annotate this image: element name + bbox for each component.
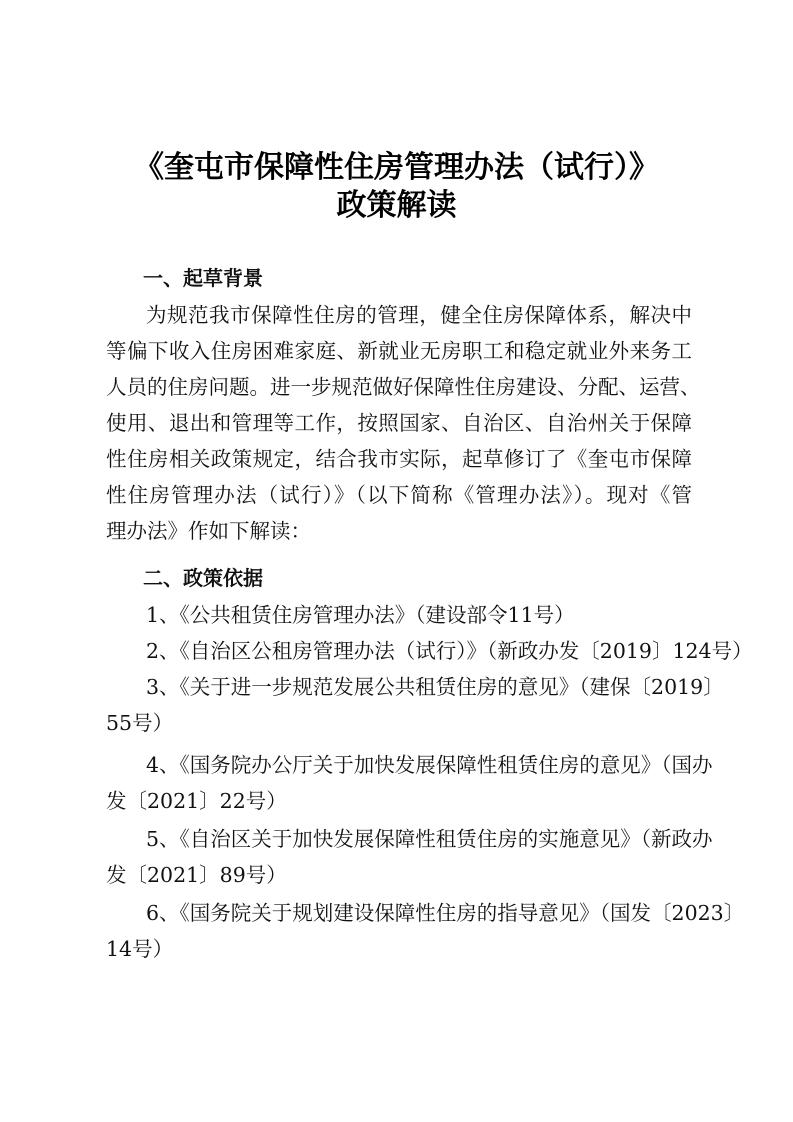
paragraph-line: 使用、退出和管理等工作，按照国家、自治区、自治州关于保障 bbox=[106, 406, 692, 436]
paragraph-line: 人员的住房问题。进一步规范做好保障性住房建设、分配、运营、 bbox=[106, 370, 692, 400]
section-heading-background: 一、起草背景 bbox=[143, 262, 263, 291]
policy-basis-item-6: 6、《国务院关于规划建设保障性住房的指导意见》（国发〔2023〕 bbox=[146, 896, 692, 926]
policy-basis-item-5: 5、《自治区关于加快发展保障性租赁住房的实施意见》（新政办 bbox=[146, 822, 692, 852]
policy-basis-item-3: 3、《关于进一步规范发展公共租赁住房的意见》（建保〔2019〕 bbox=[146, 670, 692, 700]
policy-basis-item-6-cont: 14号） bbox=[106, 932, 692, 962]
paragraph-line: 性住房相关政策规定，结合我市实际，起草修订了《奎屯市保障 bbox=[106, 442, 692, 472]
paragraph-line: 性住房管理办法（试行）》（以下简称《管理办法》）。现对《管 bbox=[106, 478, 692, 508]
policy-basis-item-4-cont: 发〔2021〕22号） bbox=[106, 784, 692, 814]
policy-basis-item-3-cont: 55号） bbox=[106, 706, 692, 736]
paragraph-line: 理办法》作如下解读： bbox=[106, 514, 692, 544]
paragraph-line: 等偏下收入住房困难家庭、新就业无房职工和稳定就业外来务工 bbox=[106, 334, 692, 364]
policy-basis-item-1: 1、《公共租赁住房管理办法》（建设部令11号） bbox=[146, 598, 692, 628]
document-page: 《奎屯市保障性住房管理办法（试行）》 政策解读 一、起草背景 为规范我市保障性住… bbox=[0, 0, 793, 1122]
paragraph-line: 为规范我市保障性住房的管理，健全住房保障体系，解决中 bbox=[146, 298, 692, 328]
document-title-line2: 政策解读 bbox=[0, 180, 793, 224]
section-heading-policy-basis: 二、政策依据 bbox=[143, 562, 263, 591]
policy-basis-item-2: 2、《自治区公租房管理办法（试行）》（新政办发〔2019〕124号） bbox=[146, 634, 692, 664]
policy-basis-item-5-cont: 发〔2021〕89号） bbox=[106, 858, 692, 888]
policy-basis-item-4: 4、《国务院办公厅关于加快发展保障性租赁住房的意见》（国办 bbox=[146, 748, 692, 778]
